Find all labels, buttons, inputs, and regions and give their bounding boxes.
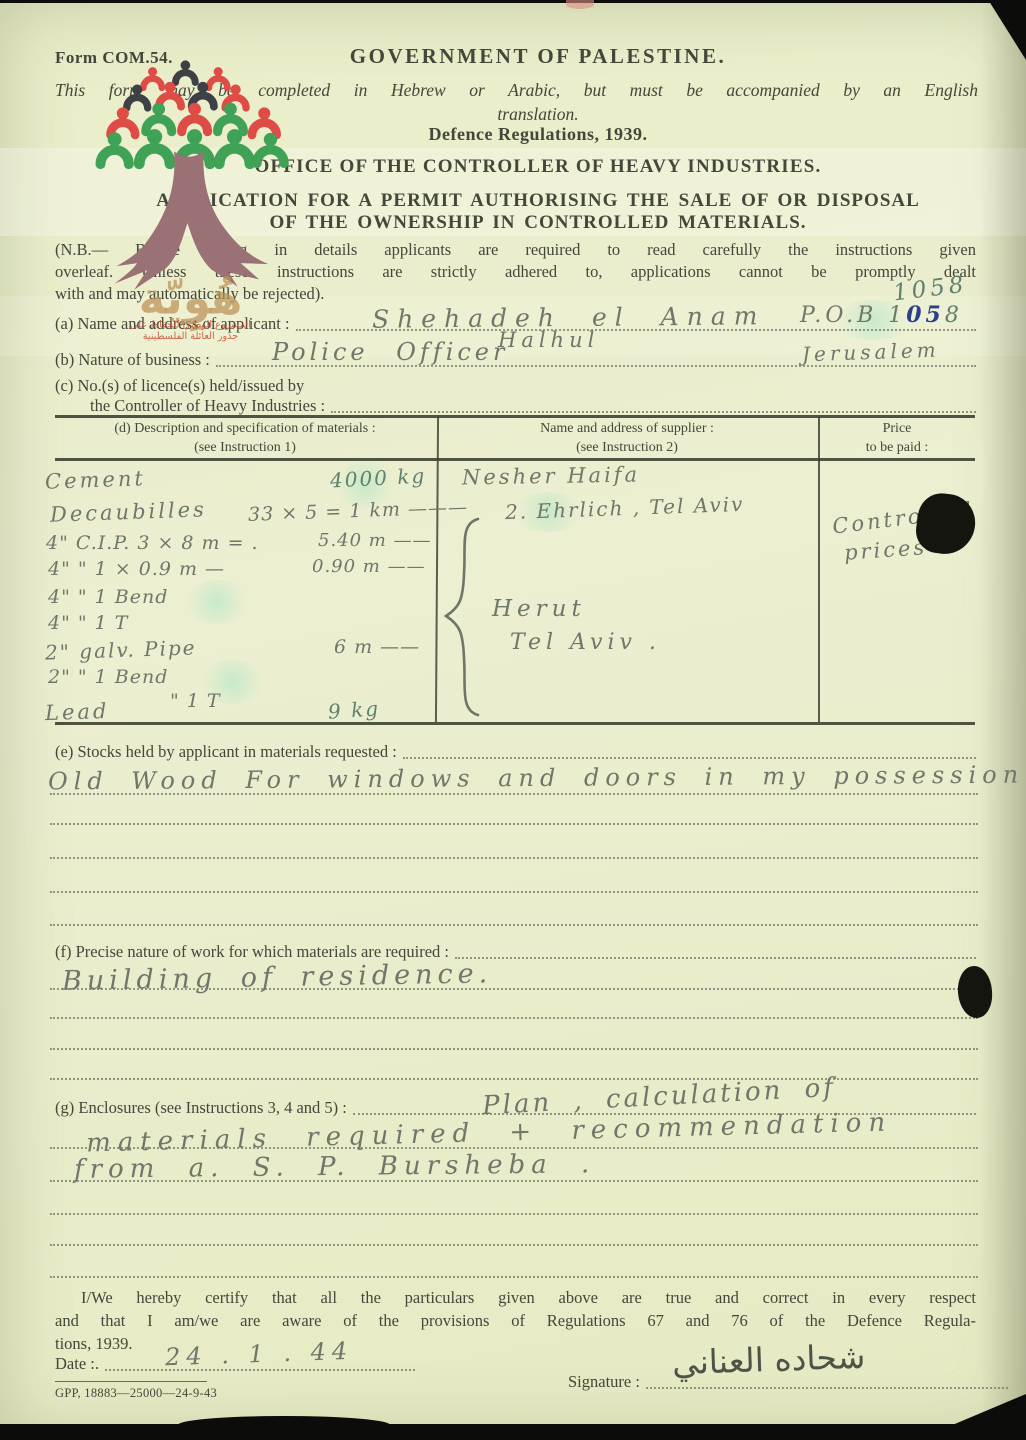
section-f-dotted-line <box>455 954 976 959</box>
material-desc: Lead <box>45 699 110 725</box>
pob-blue-overwrite: 05 <box>906 302 945 328</box>
dotted-line <box>50 1213 978 1215</box>
material-desc: Cement <box>45 466 147 494</box>
table-top-border <box>55 415 975 418</box>
material-desc: 4" C.I.P. 3 × 8 m = . <box>46 532 259 554</box>
table-bottom-border <box>55 722 975 725</box>
dotted-line <box>50 1078 978 1080</box>
dotted-line <box>50 857 978 859</box>
table-col1-header-sub: (see Instruction 1) <box>60 439 430 458</box>
dotted-line <box>50 1147 978 1149</box>
supplier-2-handwriting: 2. Ehrlich , Tel Aviv <box>505 492 745 524</box>
material-qty: 33 × 5 = 1 km ——— <box>248 496 469 526</box>
section-e-label: (e) Stocks held by applicant in material… <box>55 742 397 762</box>
print-code: GPP, 18883—25000—24-9-43 <box>55 1386 217 1401</box>
dotted-line <box>50 1276 978 1278</box>
pob-handwriting: P.O.B 1058 <box>800 302 963 328</box>
scan-corner-bottom-right <box>950 1394 1026 1426</box>
material-qty: 4000 kg <box>329 463 426 492</box>
scan-mint-spot <box>182 580 252 624</box>
section-e: (e) Stocks held by applicant in material… <box>55 742 976 762</box>
material-desc: " 1 T <box>170 690 221 712</box>
material-qty: 6 m —— <box>334 636 420 658</box>
dotted-line <box>50 1180 978 1182</box>
dotted-line <box>50 891 978 893</box>
table-col2-header-text: Name and address of supplier : <box>442 420 812 439</box>
watermark-arabic-sub1: المشروع الوطني للحفاظ على <box>130 320 251 331</box>
material-desc: 4" " 1 T <box>48 612 128 634</box>
certification-line3: tions, 1939. <box>55 1334 132 1354</box>
business-handwriting: Police Officer <box>272 338 508 366</box>
table-col2-header-sub: (see Instruction 2) <box>442 439 812 458</box>
supplier-3-handwriting: Herut <box>492 596 586 622</box>
certification-line1: I/We hereby certify that all the particu… <box>55 1288 976 1308</box>
section-e-dotted-line <box>403 754 976 759</box>
material-desc: 4" " 1 Bend <box>48 586 168 608</box>
scan-top-strip <box>0 0 1026 3</box>
table-col2-header: Name and address of supplier : (see Inst… <box>442 420 812 458</box>
dotted-line <box>50 1244 978 1246</box>
pob-suffix: 8 <box>945 303 963 328</box>
pob-prefix: P.O.B 1 <box>800 303 906 328</box>
dotted-line <box>50 924 978 926</box>
scan-bottom-bar <box>0 1424 1026 1440</box>
supplier-1-handwriting: Nesher Haifa <box>462 462 640 489</box>
material-qty: 5.40 m —— <box>318 530 432 551</box>
tree-canopy-icon <box>101 61 284 164</box>
supplier-3-city-handwriting: Tel Aviv . <box>510 630 661 655</box>
scanned-form-page: Form COM.54. GOVERNMENT OF PALESTINE. Th… <box>0 0 1026 1440</box>
archive-tree-logo: هُوِيّة المشروع الوطني للحفاظ على جذور ا… <box>88 55 293 342</box>
signature-handwriting: شحاده العناني <box>671 1337 866 1383</box>
material-desc: 4" " 1 × 0.9 m — <box>48 558 225 580</box>
applicant-city-handwriting: Jerusalem <box>802 338 940 367</box>
dotted-line <box>50 1017 978 1019</box>
material-desc: 2" galv. Pipe <box>45 635 197 664</box>
stocks-handwriting: Old Wood For windows and doors in my pos… <box>48 761 1024 796</box>
field-c-line2: the Controller of Heavy Industries : <box>90 396 976 416</box>
dotted-line <box>50 823 978 825</box>
table-col3-header-sub: to be paid : <box>822 439 972 458</box>
certification-line2: and that I am/we are aware of the provis… <box>55 1311 976 1331</box>
table-header-rule <box>55 458 975 461</box>
ink-blot <box>956 965 994 1019</box>
section-g-label: (g) Enclosures (see Instructions 3, 4 an… <box>55 1098 347 1118</box>
field-c-label-line1: (c) No.(s) of licence(s) held/issued by <box>55 376 304 396</box>
field-b-label: (b) Nature of business : <box>55 350 210 370</box>
material-desc: Decaubilles <box>50 497 208 526</box>
watermark-arabic-sub2: جذور العائلة الفلسطينية <box>143 331 239 342</box>
tree-trunk-icon <box>115 151 269 289</box>
table-col-divider-2 <box>818 417 820 722</box>
scan-pink-smudge <box>566 0 594 9</box>
signature-dotted-line <box>646 1384 1008 1389</box>
table-col3-header: Price to be paid : <box>822 420 972 458</box>
price-note-line2: prices <box>843 535 928 565</box>
dotted-line <box>50 1048 978 1050</box>
section-f: (f) Precise nature of work for which mat… <box>55 942 976 962</box>
field-c-label-line2: the Controller of Heavy Industries : <box>90 396 325 416</box>
signature-label: Signature : <box>568 1372 640 1392</box>
table-col1-header-text: (d) Description and specification of mat… <box>60 420 430 439</box>
print-code-rule <box>55 1381 207 1382</box>
material-desc: 2" " 1 Bend <box>48 666 168 688</box>
section-f-label: (f) Precise nature of work for which mat… <box>55 942 449 962</box>
scan-bottom-bump <box>178 1416 390 1434</box>
dotted-line <box>50 988 978 990</box>
date-label: Date :. <box>55 1354 99 1374</box>
applicant-town-handwriting: Halhul <box>498 328 599 352</box>
grouping-brace <box>438 516 490 718</box>
work-nature-handwriting: Building of residence. <box>62 958 493 997</box>
field-c-dotted-line <box>331 408 976 413</box>
table-col3-header-text: Price <box>822 420 972 439</box>
material-qty: 0.90 m —— <box>312 556 426 577</box>
dotted-line <box>50 793 978 795</box>
table-col1-header: (d) Description and specification of mat… <box>60 420 430 458</box>
material-qty: 9 kg <box>327 696 381 724</box>
